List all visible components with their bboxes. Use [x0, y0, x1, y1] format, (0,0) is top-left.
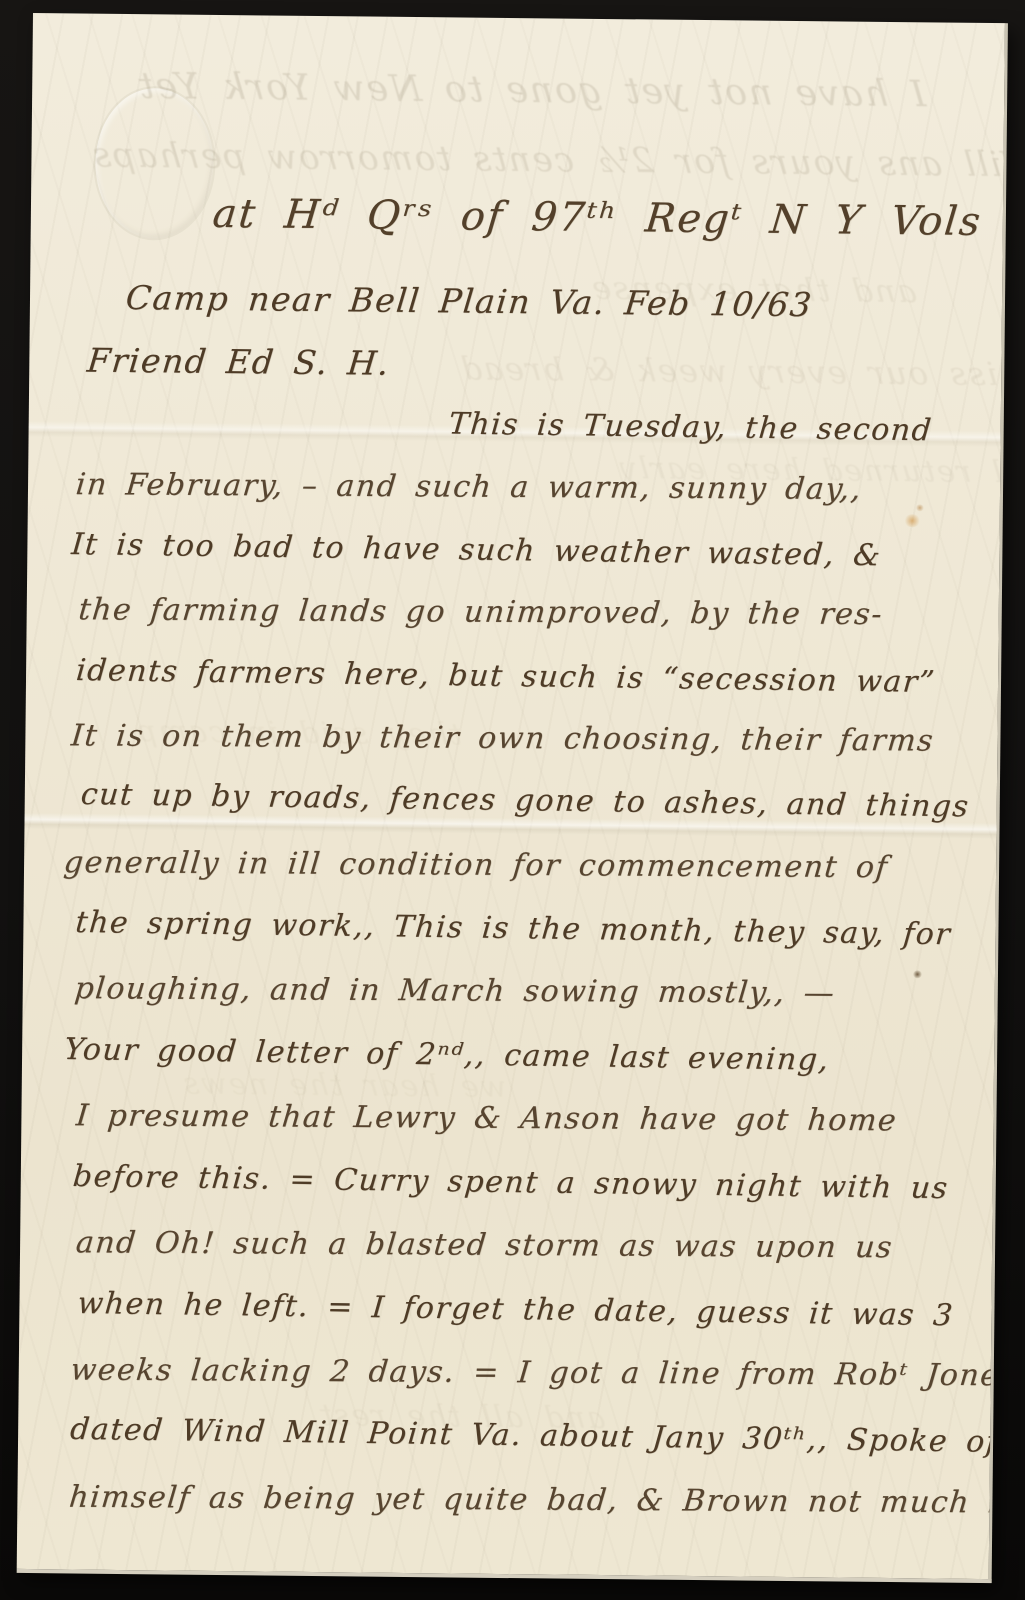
letter-line: when he left. = I forget the date, guess…	[76, 1286, 955, 1333]
letter-line: It is on them by their own choosing, the…	[70, 718, 936, 758]
letter-line: cut up by roads, fences gone to ashes, a…	[79, 777, 970, 824]
letter-line: generally in ill condition for commencem…	[62, 845, 890, 885]
letter-line: the spring work,, This is the month, the…	[74, 905, 953, 952]
letter-line: dated Wind Mill Point Va. about Jany 30ᵗ…	[69, 1412, 1000, 1460]
letter-salutation: Friend Ed S. H.	[85, 341, 391, 383]
letter-page: I have not yet gone to New York Yet Will…	[17, 13, 1008, 1583]
foxing-spot	[904, 514, 921, 527]
letter-line: and Oh! such a blasted storm as was upon…	[74, 1225, 894, 1265]
letter-line: weeks lacking 2 days. = I got a line fro…	[69, 1353, 1008, 1394]
letter-line: ploughing, and in March sowing mostly,, …	[73, 971, 837, 1011]
letter-line: I presume that Lewry & Anson have got ho…	[75, 1098, 899, 1138]
ink-bleedthrough-line: I have not yet gone to New York Yet	[135, 66, 927, 115]
ink-bleedthrough-line: miss our every week & bread	[458, 349, 1008, 393]
letter-line: This is Tuesday, the second	[447, 407, 933, 449]
letter-line: idents farmers here, but such is “secess…	[75, 653, 937, 700]
ink-bleedthrough-line: Will ans yours for 2½ cents tomorrow per…	[90, 136, 1008, 186]
photo-background: I have not yet gone to New York Yet Will…	[0, 0, 1025, 1600]
letter-line: himself as being yet quite bad, & Brown …	[68, 1480, 1008, 1521]
foxing-spot	[916, 504, 924, 511]
letter-line: Your good letter of 2ⁿᵈ,, came last even…	[63, 1032, 831, 1078]
letter-heading-line2: Camp near Bell Plain Va. Feb 10/63	[124, 278, 814, 324]
letter-line: in February, – and such a warm, sunny da…	[74, 467, 863, 507]
letter-heading-line1: at Hᵈ Qʳˢ of 97ᵗʰ Regᵗ N Y Vols	[211, 191, 984, 245]
letter-line: the farming lands go unimproved, by the …	[77, 592, 885, 632]
letter-line: before this. = Curry spent a snowy night…	[71, 1159, 950, 1206]
foxing-spot	[913, 970, 922, 978]
letter-line: It is too bad to have such weather waste…	[70, 527, 883, 573]
